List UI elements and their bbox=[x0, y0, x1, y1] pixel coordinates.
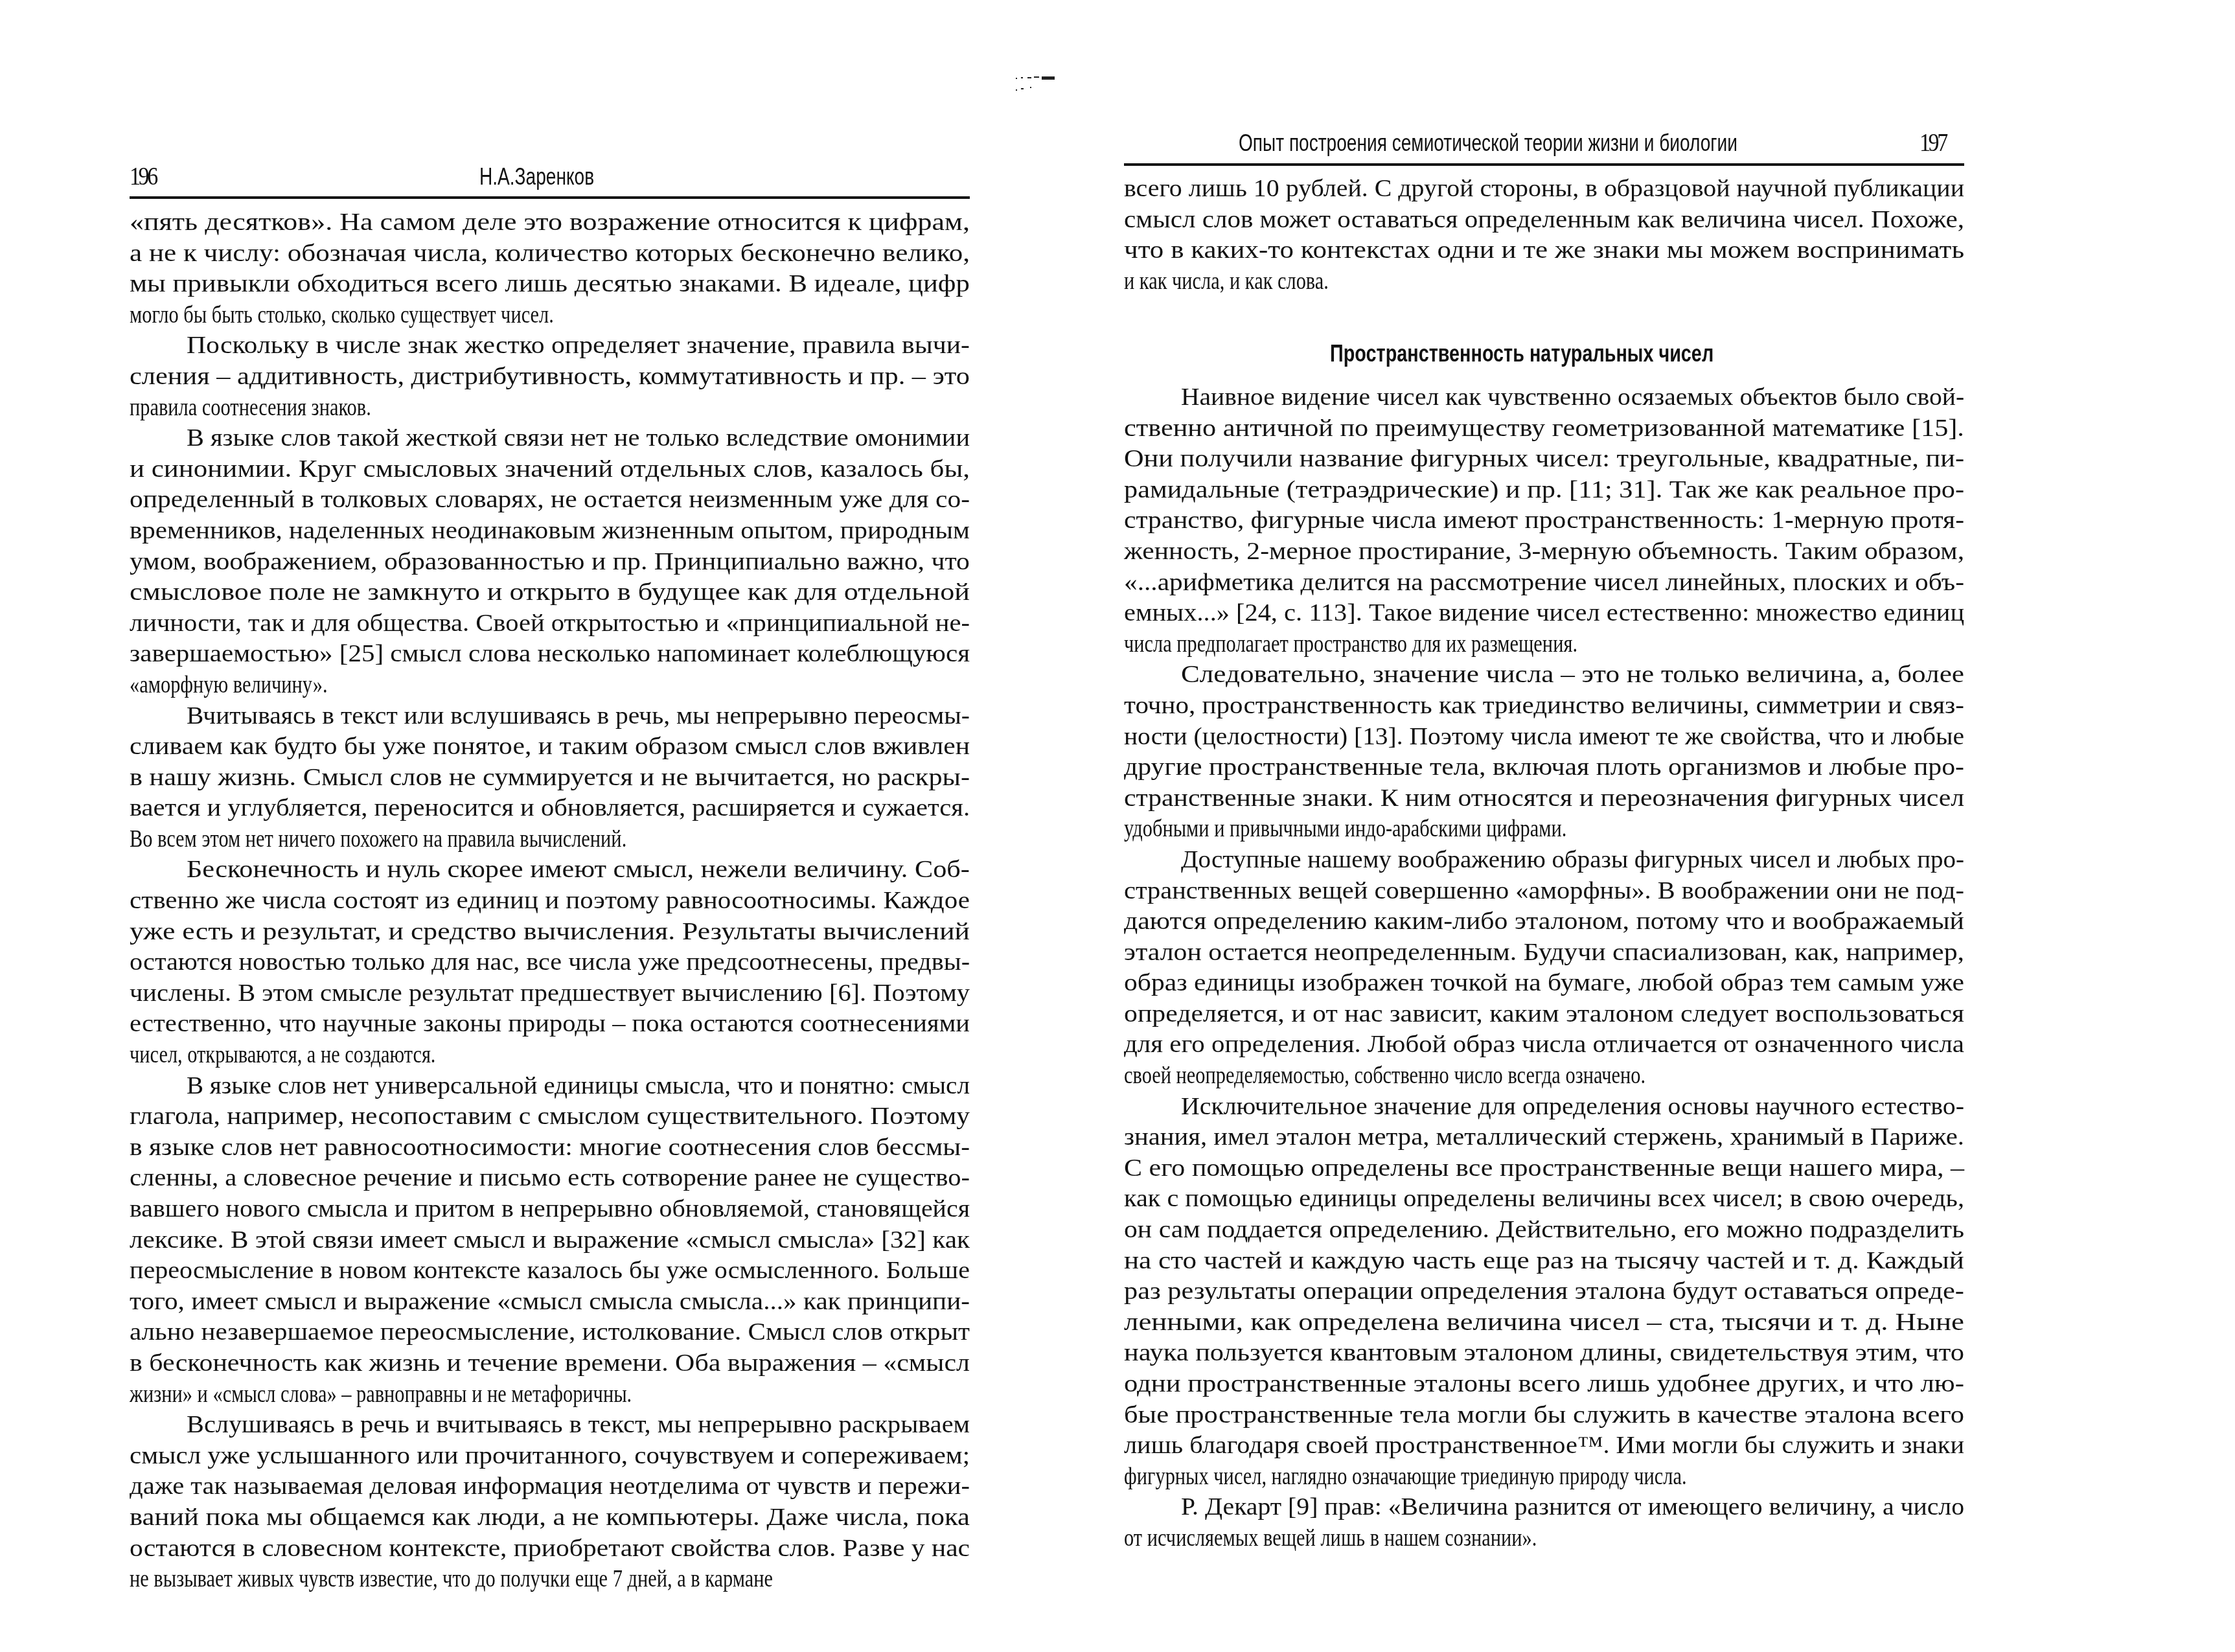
text-line: фигурных чисел, наглядно означающие трие… bbox=[1124, 1462, 1964, 1493]
text-line: остаются новостью только для нас, все чи… bbox=[130, 947, 970, 978]
line-text: образ единицы изображен точкой на бумаге… bbox=[1124, 968, 1964, 999]
text-line: он сам поддается определению. Действител… bbox=[1124, 1215, 1964, 1246]
text-line: «аморфную величину». bbox=[130, 670, 970, 701]
right-body-text: Наивное видение чисел как чувственно ося… bbox=[1124, 382, 1964, 1554]
text-line: ственно же числа состоят из единиц и поэ… bbox=[130, 886, 970, 917]
text-line: емных...» [24, с. 113]. Такое видение чи… bbox=[1124, 598, 1964, 629]
text-line: завершаемостью» [25] смысл слова несколь… bbox=[130, 639, 970, 670]
line-text: остаются в словесном контексте, приобрет… bbox=[130, 1533, 970, 1565]
text-line: В языке слов нет универсальной единицы с… bbox=[130, 1071, 970, 1102]
text-line: другие пространственные тела, включая пл… bbox=[1124, 752, 1964, 783]
paragraph: Доступные нашему воображению образы фигу… bbox=[1124, 845, 1964, 1092]
text-line: чисел, открываются, а не создаются. bbox=[130, 1040, 970, 1071]
text-line: а не к числу: обозначая числа, количеств… bbox=[130, 238, 970, 270]
line-text: даже так называемая деловая информация н… bbox=[130, 1471, 970, 1502]
line-text: жизни» и «смысл слова» – равноправны и н… bbox=[130, 1379, 632, 1410]
text-line: даже так называемая деловая информация н… bbox=[130, 1471, 970, 1502]
right-body-text-top: всего лишь 10 рублей. С другой стороны, … bbox=[1124, 174, 1964, 297]
line-text: ваний пока мы общаемся как люди, а не ко… bbox=[130, 1502, 970, 1533]
line-text: Вслушиваясь в речь и вчитываясь в текст,… bbox=[187, 1410, 970, 1441]
line-text: естественно, что научные законы природы … bbox=[130, 1009, 970, 1040]
text-line: и как числа, и как слова. bbox=[1124, 266, 1964, 297]
text-line: эталон остается неопределенным. Будучи с… bbox=[1124, 937, 1964, 969]
line-text: лишь благодаря своей пространственное™. … bbox=[1124, 1430, 1964, 1462]
line-text: в языке слов нет равносоотносимости: мно… bbox=[130, 1132, 970, 1164]
line-text: В языке слов нет универсальной единицы с… bbox=[187, 1071, 970, 1102]
line-text: сливаем как будто бы уже понятое, и таки… bbox=[130, 731, 970, 763]
text-line: от исчисляемых вещей лишь в нашем сознан… bbox=[1124, 1523, 1964, 1554]
text-line: знания, имел эталон метра, металлический… bbox=[1124, 1122, 1964, 1153]
text-line: ности (целостности) [13]. Поэтому числа … bbox=[1124, 722, 1964, 753]
line-text: глагола, например, несопоставим с смысло… bbox=[130, 1101, 970, 1132]
line-text: не вызывает живых чувств известие, что д… bbox=[130, 1564, 773, 1595]
text-line: на сто частей и каждую часть еще раз на … bbox=[1124, 1246, 1964, 1277]
line-text: от исчисляемых вещей лишь в нашем сознан… bbox=[1124, 1523, 1537, 1554]
text-line: «пять десятков». На самом деле это возра… bbox=[130, 207, 970, 238]
text-line: уже есть и результат, и средство вычисле… bbox=[130, 917, 970, 948]
line-text: на сто частей и каждую часть еще раз на … bbox=[1124, 1246, 1964, 1277]
line-text: Бесконечность и нуль скорее имеют смысл,… bbox=[187, 855, 970, 886]
line-text: временников, наделенных неодинаковым жиз… bbox=[130, 516, 970, 547]
line-text: ственно же числа состоят из единиц и поэ… bbox=[130, 886, 970, 917]
line-text: ально незавершаемое переосмысление, исто… bbox=[130, 1317, 970, 1348]
text-line: Поскольку в числе знак жестко определяет… bbox=[130, 330, 970, 361]
paragraph: «пять десятков». На самом деле это возра… bbox=[130, 207, 970, 330]
line-text: бые пространственные тела могли бы служи… bbox=[1124, 1400, 1964, 1431]
text-line: Доступные нашему воображению образы фигу… bbox=[1124, 845, 1964, 876]
text-line: личности, так и для общества. Своей откр… bbox=[130, 608, 970, 639]
text-line: естественно, что научные законы природы … bbox=[130, 1009, 970, 1040]
line-text: Они получили название фигурных чисел: тр… bbox=[1124, 444, 1964, 475]
line-text: всего лишь 10 рублей. С другой стороны, … bbox=[1124, 174, 1964, 205]
text-line: не вызывает живых чувств известие, что д… bbox=[130, 1564, 970, 1595]
line-text: «аморфную величину». bbox=[130, 670, 328, 701]
text-line: Вчитываясь в текст или вслушиваясь в реч… bbox=[130, 701, 970, 732]
text-line: одни пространственные эталоны всего лишь… bbox=[1124, 1369, 1964, 1400]
text-line: в языке слов нет равносоотносимости: мно… bbox=[130, 1132, 970, 1164]
line-text: смысл слов может оставаться определенным… bbox=[1124, 205, 1964, 236]
line-text: что в каких-то контекстах одни и те же з… bbox=[1124, 235, 1964, 266]
text-line: Бесконечность и нуль скорее имеют смысл,… bbox=[130, 855, 970, 886]
paragraph: Поскольку в числе знак жестко определяет… bbox=[130, 330, 970, 423]
text-line: для его определения. Любой образ числа о… bbox=[1124, 1029, 1964, 1061]
text-line: мы привыкли обходиться всего лишь десять… bbox=[130, 269, 970, 300]
line-text: В языке слов такой жесткой связи нет не … bbox=[187, 423, 970, 454]
line-text: и как числа, и как слова. bbox=[1124, 266, 1329, 297]
text-line: в нашу жизнь. Смысл слов не суммируется … bbox=[130, 763, 970, 794]
line-text: Поскольку в числе знак жестко определяет… bbox=[187, 330, 970, 361]
line-text: он сам поддается определению. Действител… bbox=[1124, 1215, 1964, 1246]
line-text: переосмысление в новом контексте казалос… bbox=[130, 1256, 970, 1287]
line-text: Р. Декарт [9] прав: «Величина разнится о… bbox=[1181, 1492, 1964, 1523]
line-text: числа предполагает пространство для их р… bbox=[1124, 629, 1577, 660]
line-text: С его помощью определены все пространств… bbox=[1124, 1153, 1964, 1184]
text-line: глагола, например, несопоставим с смысло… bbox=[130, 1101, 970, 1132]
text-line: числены. В этом смысле результат предшес… bbox=[130, 978, 970, 1009]
paragraph: В языке слов такой жесткой связи нет не … bbox=[130, 423, 970, 700]
scan-artifact bbox=[1016, 76, 1055, 82]
line-text: рамидальные (тетраэдрические) и пр. [11;… bbox=[1124, 475, 1964, 506]
text-line: остаются в словесном контексте, приобрет… bbox=[130, 1533, 970, 1565]
line-text: Наивное видение чисел как чувственно ося… bbox=[1181, 382, 1964, 413]
text-line: лишь благодаря своей пространственное™. … bbox=[1124, 1430, 1964, 1462]
line-text: Во всем этом нет ничего похожего на прав… bbox=[130, 824, 626, 855]
line-text: в нашу жизнь. Смысл слов не суммируется … bbox=[130, 763, 970, 794]
line-text: даются определению каким-либо эталоном, … bbox=[1124, 906, 1964, 937]
line-text: вавшего нового смысла и притом в непреры… bbox=[130, 1194, 970, 1225]
line-text: странство, фигурные числа имеют простран… bbox=[1124, 505, 1964, 536]
line-text: раз результаты операции определения этал… bbox=[1124, 1276, 1964, 1307]
text-line: ально незавершаемое переосмысление, исто… bbox=[130, 1317, 970, 1348]
text-line: точно, пространственность как триединств… bbox=[1124, 691, 1964, 722]
line-text: завершаемостью» [25] смысл слова несколь… bbox=[130, 639, 970, 670]
line-text: Исключительное значение для определения … bbox=[1181, 1092, 1964, 1123]
line-text: сленны, а словесное речение и письмо ест… bbox=[130, 1163, 970, 1194]
paragraph: Следовательно, значение числа – это не т… bbox=[1124, 660, 1964, 845]
text-line: Наивное видение чисел как чувственно ося… bbox=[1124, 382, 1964, 413]
line-text: в бесконечность как жизнь и течение врем… bbox=[130, 1348, 970, 1379]
line-text: Следовательно, значение числа – это не т… bbox=[1181, 660, 1964, 691]
text-line: как с помощью единицы определены величин… bbox=[1124, 1184, 1964, 1215]
running-head-title: Опыт построения семиотической теории жиз… bbox=[1239, 130, 1737, 157]
line-text: того, имеет смысл и выражение «смысл смы… bbox=[130, 1287, 970, 1318]
line-text: определяется, и от нас зависит, каким эт… bbox=[1124, 999, 1964, 1030]
text-line: вавшего нового смысла и притом в непреры… bbox=[130, 1194, 970, 1225]
line-text: лексике. В этой связи имеет смысл и выра… bbox=[130, 1225, 970, 1256]
text-line: странственных вещей совершенно «аморфны»… bbox=[1124, 876, 1964, 907]
text-line: правила соотнесения знаков. bbox=[130, 393, 970, 424]
text-line: числа предполагает пространство для их р… bbox=[1124, 629, 1964, 660]
text-line: Вслушиваясь в речь и вчитываясь в текст,… bbox=[130, 1410, 970, 1441]
text-line: вается и углубляется, переносится и обно… bbox=[130, 793, 970, 824]
text-line: С его помощью определены все пространств… bbox=[1124, 1153, 1964, 1184]
paragraph: всего лишь 10 рублей. С другой стороны, … bbox=[1124, 174, 1964, 297]
text-line: что в каких-то контекстах одни и те же з… bbox=[1124, 235, 1964, 266]
line-text: фигурных чисел, наглядно означающие трие… bbox=[1124, 1462, 1687, 1493]
right-running-head: Опыт построения семиотической теории жиз… bbox=[1124, 127, 1964, 166]
line-text: женность, 2-мерное простирание, 3-мерную… bbox=[1124, 536, 1964, 568]
line-text: мы привыкли обходиться всего лишь десять… bbox=[130, 269, 970, 300]
text-line: рамидальные (тетраэдрические) и пр. [11;… bbox=[1124, 475, 1964, 506]
line-text: знания, имел эталон метра, металлический… bbox=[1124, 1122, 1964, 1153]
line-text: эталон остается неопределенным. Будучи с… bbox=[1124, 937, 1964, 969]
text-line: женность, 2-мерное простирание, 3-мерную… bbox=[1124, 536, 1964, 568]
header-rule bbox=[1124, 163, 1964, 166]
line-text: личности, так и для общества. Своей откр… bbox=[130, 608, 970, 639]
line-text: смысл уже услышанного или прочитанного, … bbox=[130, 1441, 970, 1472]
text-line: жизни» и «смысл слова» – равноправны и н… bbox=[130, 1379, 970, 1410]
line-text: сления – аддитивность, дистрибутивность,… bbox=[130, 361, 970, 393]
text-line: смысл уже услышанного или прочитанного, … bbox=[130, 1441, 970, 1472]
text-line: ленными, как определена величина чисел –… bbox=[1124, 1307, 1964, 1338]
paragraph: Бесконечность и нуль скорее имеют смысл,… bbox=[130, 855, 970, 1070]
page-number: 196 bbox=[130, 161, 156, 191]
line-text: своей неопределяемостью, собственно числ… bbox=[1124, 1061, 1645, 1092]
text-line: Во всем этом нет ничего похожего на прав… bbox=[130, 824, 970, 855]
paragraph: Р. Декарт [9] прав: «Величина разнится о… bbox=[1124, 1492, 1964, 1554]
text-line: наука пользуется квантовым эталоном длин… bbox=[1124, 1338, 1964, 1369]
line-text: смысловое поле не замкнуто и открыто в б… bbox=[130, 577, 970, 608]
text-line: лексике. В этой связи имеет смысл и выра… bbox=[130, 1225, 970, 1256]
text-line: «...арифметика делится на рассмотрение ч… bbox=[1124, 568, 1964, 599]
line-text: а не к числу: обозначая числа, количеств… bbox=[130, 238, 970, 270]
text-line: странственные знаки. К ним относятся и п… bbox=[1124, 783, 1964, 814]
text-line: Следовательно, значение числа – это не т… bbox=[1124, 660, 1964, 691]
line-text: емных...» [24, с. 113]. Такое видение чи… bbox=[1124, 598, 1964, 629]
text-line: образ единицы изображен точкой на бумаге… bbox=[1124, 968, 1964, 999]
section-heading: Пространственность натуральных чисел bbox=[1330, 340, 1713, 367]
line-text: как с помощью единицы определены величин… bbox=[1124, 1184, 1964, 1215]
line-text: точно, пространственность как триединств… bbox=[1124, 691, 1964, 722]
paragraph: В языке слов нет универсальной единицы с… bbox=[130, 1071, 970, 1410]
line-text: вается и углубляется, переносится и обно… bbox=[130, 793, 970, 824]
text-line: своей неопределяемостью, собственно числ… bbox=[1124, 1061, 1964, 1092]
text-line: сления – аддитивность, дистрибутивность,… bbox=[130, 361, 970, 393]
left-running-head: 196 Н.А.Заренков bbox=[130, 161, 970, 200]
line-text: для его определения. Любой образ числа о… bbox=[1124, 1029, 1964, 1061]
line-text: уже есть и результат, и средство вычисле… bbox=[130, 917, 970, 948]
text-line: Р. Декарт [9] прав: «Величина разнится о… bbox=[1124, 1492, 1964, 1523]
line-text: определенный в толковых словарях, не ост… bbox=[130, 485, 970, 516]
text-line: сленны, а словесное речение и письмо ест… bbox=[130, 1163, 970, 1194]
text-line: ваний пока мы общаемся как люди, а не ко… bbox=[130, 1502, 970, 1533]
line-text: ственно античной по преимуществу геометр… bbox=[1124, 413, 1964, 444]
text-line: всего лишь 10 рублей. С другой стороны, … bbox=[1124, 174, 1964, 205]
text-line: сливаем как будто бы уже понятое, и таки… bbox=[130, 731, 970, 763]
text-line: ственно античной по преимуществу геометр… bbox=[1124, 413, 1964, 444]
left-body-text: «пять десятков». На самом деле это возра… bbox=[130, 207, 970, 1595]
text-line: смысл слов может оставаться определенным… bbox=[1124, 205, 1964, 236]
text-line: в бесконечность как жизнь и течение врем… bbox=[130, 1348, 970, 1379]
line-text: правила соотнесения знаков. bbox=[130, 393, 371, 424]
line-text: умом, воображением, образованностью и пр… bbox=[130, 547, 970, 578]
running-head-author: Н.А.Заренков bbox=[479, 163, 594, 190]
text-line: удобными и привычными индо-арабскими циф… bbox=[1124, 814, 1964, 845]
line-text: «пять десятков». На самом деле это возра… bbox=[130, 207, 970, 238]
line-text: ности (целостности) [13]. Поэтому числа … bbox=[1124, 722, 1964, 753]
header-rule bbox=[130, 196, 970, 199]
paragraph: Вчитываясь в текст или вслушиваясь в реч… bbox=[130, 701, 970, 855]
line-text: могло бы быть столько, сколько существуе… bbox=[130, 300, 554, 331]
line-text: чисел, открываются, а не создаются. bbox=[130, 1040, 435, 1071]
line-text: странственные знаки. К ним относятся и п… bbox=[1124, 783, 1964, 814]
line-text: Доступные нашему воображению образы фигу… bbox=[1181, 845, 1964, 876]
text-line: бые пространственные тела могли бы служи… bbox=[1124, 1400, 1964, 1431]
line-text: и синонимии. Круг смысловых значений отд… bbox=[130, 454, 970, 485]
text-line: переосмысление в новом контексте казалос… bbox=[130, 1256, 970, 1287]
line-text: «...арифметика делится на рассмотрение ч… bbox=[1124, 568, 1964, 599]
text-line: странство, фигурные числа имеют простран… bbox=[1124, 505, 1964, 536]
text-line: раз результаты операции определения этал… bbox=[1124, 1276, 1964, 1307]
line-text: удобными и привычными индо-арабскими циф… bbox=[1124, 814, 1566, 845]
text-line: Исключительное значение для определения … bbox=[1124, 1092, 1964, 1123]
text-line: временников, наделенных неодинаковым жиз… bbox=[130, 516, 970, 547]
line-text: одни пространственные эталоны всего лишь… bbox=[1124, 1369, 1964, 1400]
text-line: того, имеет смысл и выражение «смысл смы… bbox=[130, 1287, 970, 1318]
line-text: наука пользуется квантовым эталоном длин… bbox=[1124, 1338, 1964, 1369]
line-text: другие пространственные тела, включая пл… bbox=[1124, 752, 1964, 783]
text-line: смысловое поле не замкнуто и открыто в б… bbox=[130, 577, 970, 608]
line-text: Вчитываясь в текст или вслушиваясь в реч… bbox=[187, 701, 970, 732]
page-number: 197 bbox=[1920, 127, 1946, 157]
paragraph: Вслушиваясь в речь и вчитываясь в текст,… bbox=[130, 1410, 970, 1595]
text-line: могло бы быть столько, сколько существуе… bbox=[130, 300, 970, 331]
text-line: даются определению каким-либо эталоном, … bbox=[1124, 906, 1964, 937]
text-line: определенный в толковых словарях, не ост… bbox=[130, 485, 970, 516]
line-text: ленными, как определена величина чисел –… bbox=[1124, 1307, 1964, 1338]
paragraph: Наивное видение чисел как чувственно ося… bbox=[1124, 382, 1964, 660]
text-line: определяется, и от нас зависит, каким эт… bbox=[1124, 999, 1964, 1030]
text-line: Они получили название фигурных чисел: тр… bbox=[1124, 444, 1964, 475]
line-text: числены. В этом смысле результат предшес… bbox=[130, 978, 970, 1009]
line-text: странственных вещей совершенно «аморфны»… bbox=[1124, 876, 1964, 907]
line-text: остаются новостью только для нас, все чи… bbox=[130, 947, 970, 978]
text-line: умом, воображением, образованностью и пр… bbox=[130, 547, 970, 578]
paragraph: Исключительное значение для определения … bbox=[1124, 1092, 1964, 1493]
text-line: и синонимии. Круг смысловых значений отд… bbox=[130, 454, 970, 485]
text-line: В языке слов такой жесткой связи нет не … bbox=[130, 423, 970, 454]
